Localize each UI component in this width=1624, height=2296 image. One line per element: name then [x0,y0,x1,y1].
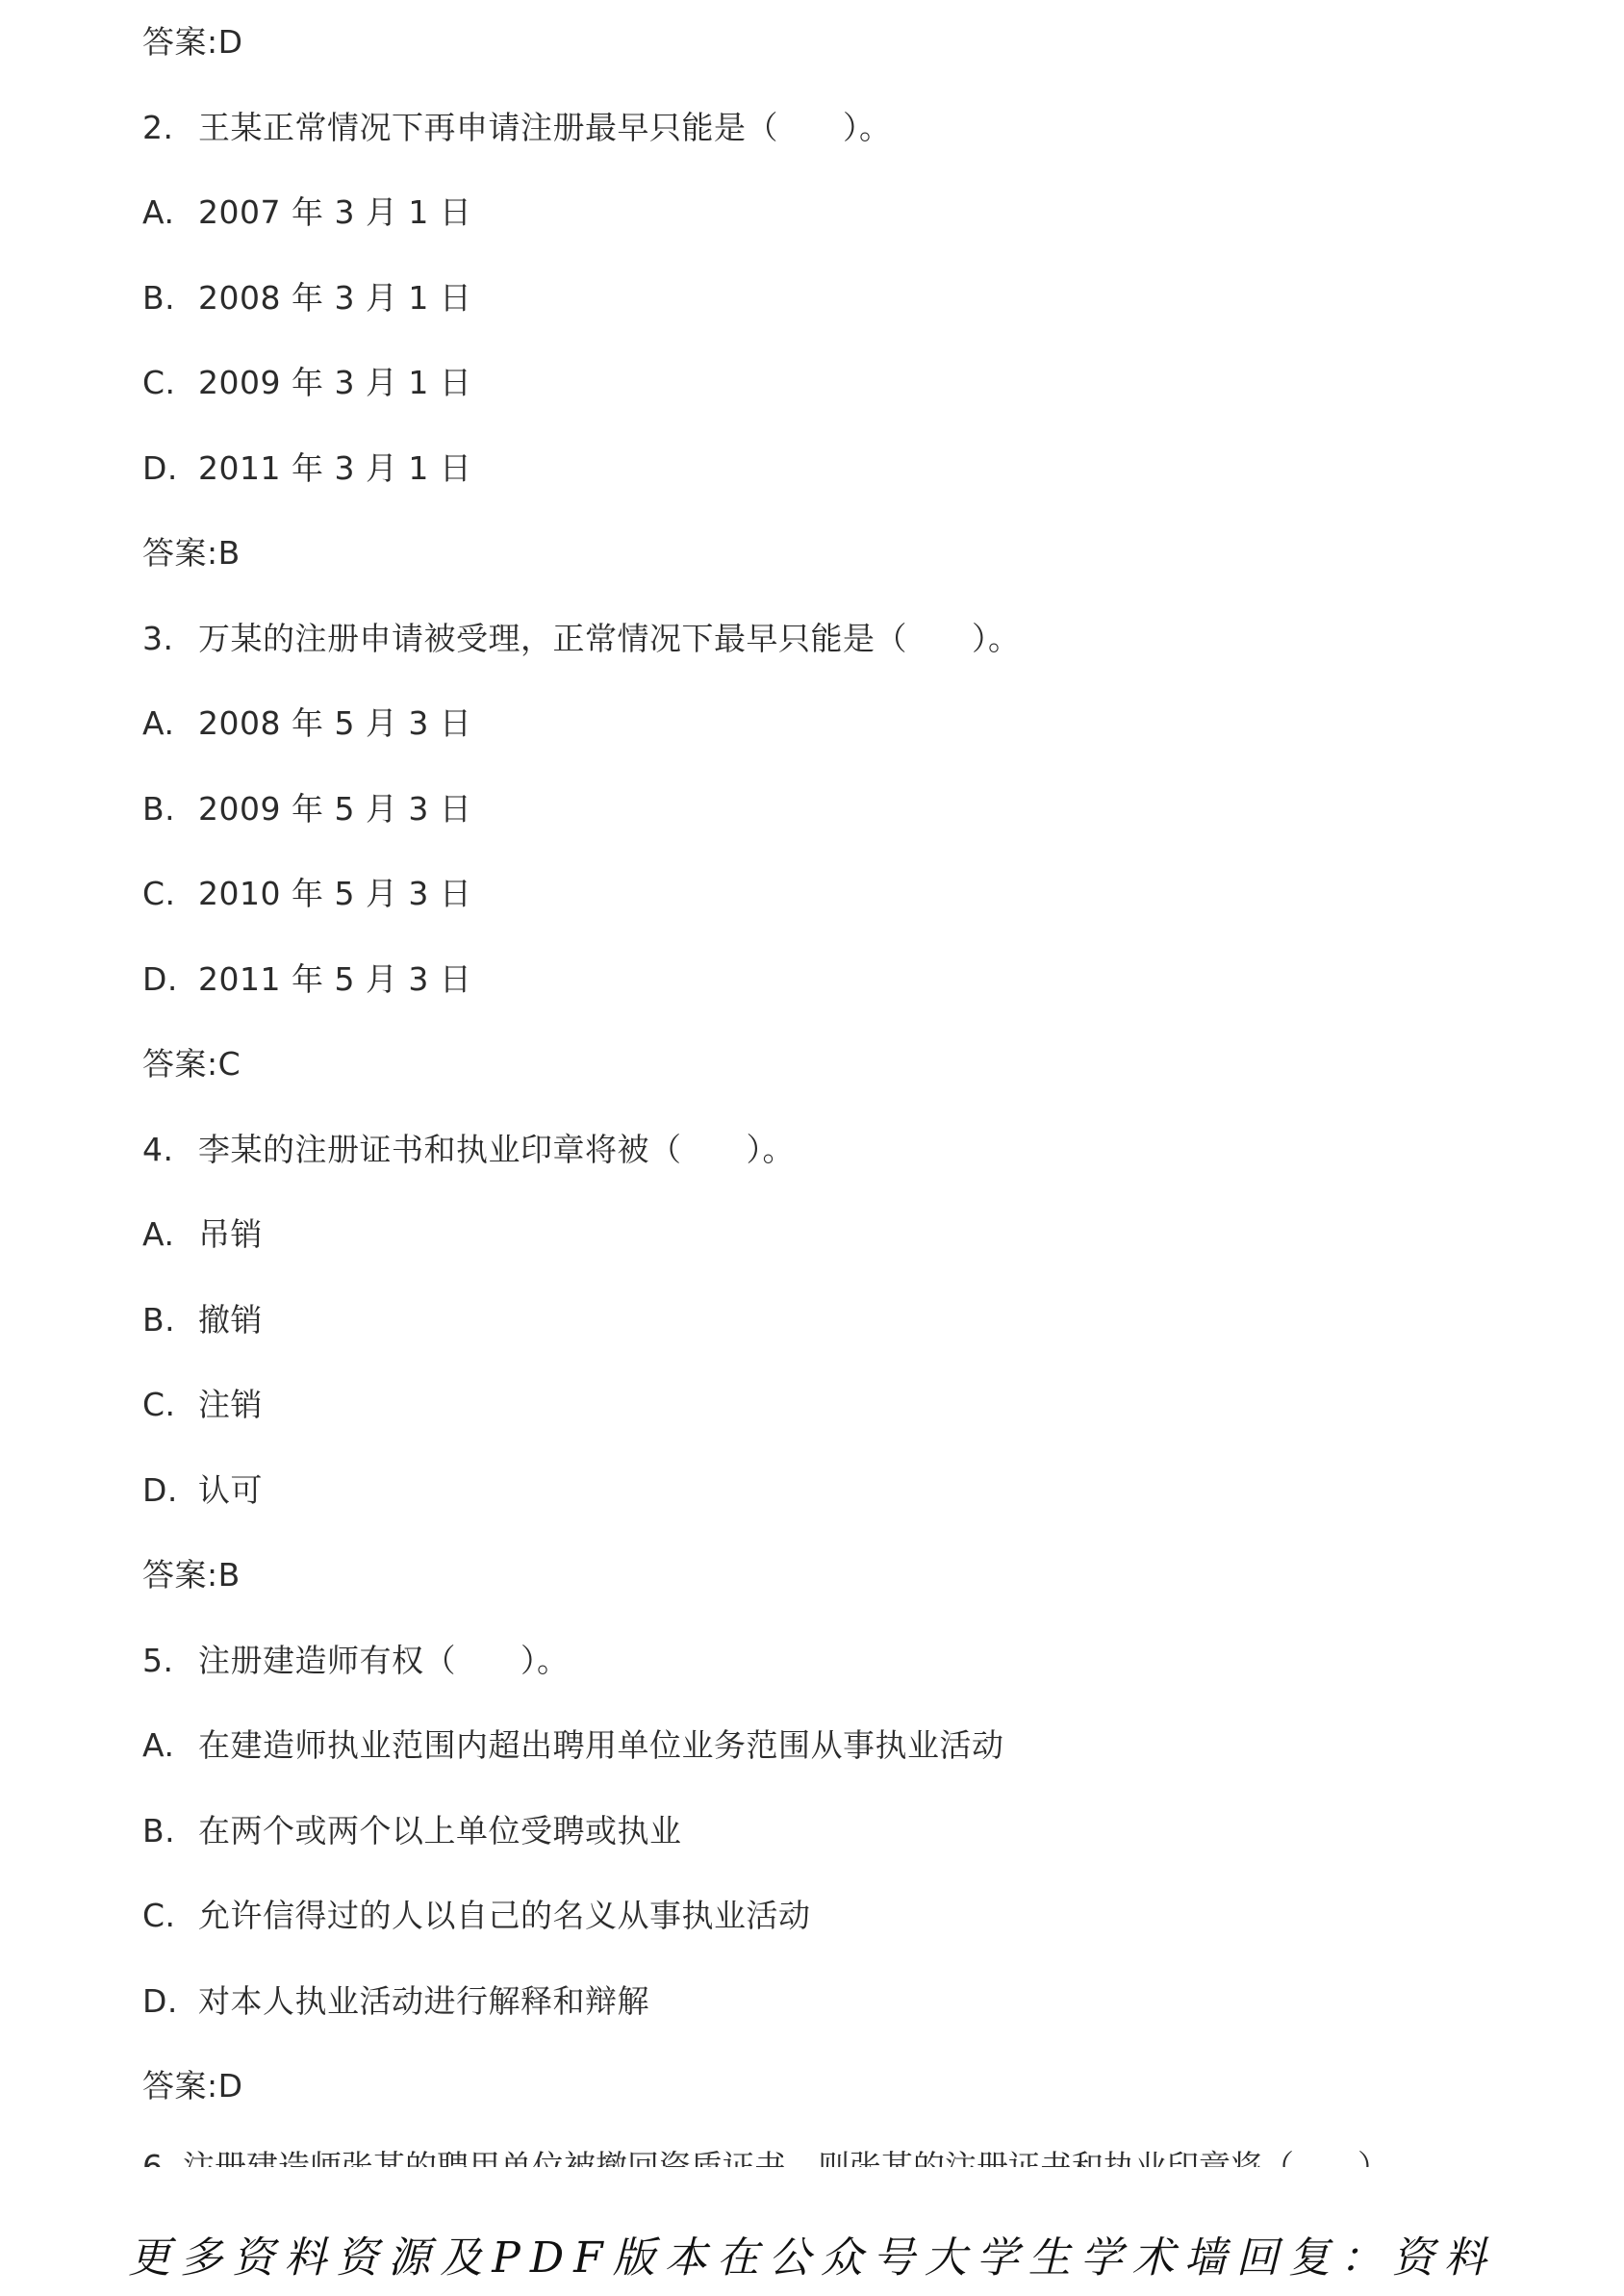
option-line: B.2008 年 3 月 1 日 [142,256,1528,342]
option-text: 在两个或两个以上单位受聘或执业 [198,1812,682,1850]
answer-value: B [218,1556,241,1594]
option-label: B. [142,1789,198,1875]
answer-line: 答案:D [142,0,1528,86]
question-number: 4. [142,1108,198,1193]
question-line: 5.注册建造师有权（ ）。 [142,1619,1528,1704]
option-line: C.允许信得过的人以自己的名义从事执业活动 [142,1874,1528,1959]
question-line: 4.李某的注册证书和执业印章将被（ ）。 [142,1108,1528,1193]
question-line: 3.万某的注册申请被受理，正常情况下最早只能是（ ）。 [142,597,1528,682]
option-line: A.2008 年 5 月 3 日 [142,681,1528,767]
answer-line: 答案:D [142,2044,1528,2130]
option-line: B.撤销 [142,1278,1528,1364]
option-line: D.认可 [142,1448,1528,1534]
option-label: A. [142,1192,198,1278]
option-text: 2011 年 3 月 1 日 [198,449,471,487]
option-line: B.2009 年 5 月 3 日 [142,767,1528,853]
option-line: D.2011 年 3 月 1 日 [142,426,1528,512]
answer-label: 答案: [142,1045,218,1083]
option-label: A. [142,170,198,256]
document-page: 答案:D 2.王某正常情况下再申请注册最早只能是（ ）。 A.2007 年 3 … [0,0,1624,2296]
answer-line: 答案:B [142,1533,1528,1619]
question-text: 注册建造师有权（ ）。 [198,1642,570,1679]
option-line: B.在两个或两个以上单位受聘或执业 [142,1789,1528,1875]
option-text: 2009 年 5 月 3 日 [198,790,471,828]
option-label: B. [142,256,198,342]
question-line: 2.王某正常情况下再申请注册最早只能是（ ）。 [142,86,1528,171]
answer-value: C [218,1045,241,1083]
option-line: C.2009 年 3 月 1 日 [142,341,1528,426]
option-text: 吊销 [198,1215,263,1253]
answer-value: D [218,23,243,61]
option-label: B. [142,767,198,853]
question-number: 3. [142,597,198,682]
answer-label: 答案: [142,2067,218,2105]
cut-off-question-line: 6. 注册建造师张某的聘用单位被撤回资质证书，则张某的注册证书和执业印章将（ ） [142,2148,1393,2167]
option-line: A.2007 年 3 月 1 日 [142,170,1528,256]
option-text: 2008 年 5 月 3 日 [198,704,471,742]
answer-label: 答案: [142,1556,218,1594]
option-label: D. [142,426,198,512]
answer-value: B [218,534,241,572]
option-text: 认可 [198,1471,263,1509]
option-line: A.在建造师执业范围内超出聘用单位业务范围从事执业活动 [142,1703,1528,1789]
answer-label: 答案: [142,23,218,61]
option-text: 注销 [198,1386,263,1423]
answer-label: 答案: [142,534,218,572]
option-label: D. [142,1448,198,1534]
option-text: 允许信得过的人以自己的名义从事执业活动 [198,1897,811,1934]
option-line: D.2011 年 5 月 3 日 [142,937,1528,1023]
option-label: D. [142,1959,198,2045]
option-text: 在建造师执业范围内超出聘用单位业务范围从事执业活动 [198,1726,1004,1764]
answer-line: 答案:C [142,1022,1528,1108]
option-text: 对本人执业活动进行解释和辩解 [198,1982,649,2020]
option-text: 2008 年 3 月 1 日 [198,279,471,317]
answer-value: D [218,2067,243,2105]
option-text: 撤销 [198,1301,263,1339]
question-text: 李某的注册证书和执业印章将被（ ）。 [198,1131,795,1168]
option-text: 2009 年 3 月 1 日 [198,364,471,401]
answer-line: 答案:B [142,511,1528,597]
option-label: C. [142,1874,198,1959]
option-label: A. [142,1703,198,1789]
option-text: 2010 年 5 月 3 日 [198,875,471,912]
footer-promo-text: 更多资料资源及PDF版本在公众号大学生学术墙回复：资料 [0,2223,1624,2284]
option-text: 2007 年 3 月 1 日 [198,193,471,231]
option-line: D.对本人执业活动进行解释和辩解 [142,1959,1528,2045]
document-content: 答案:D 2.王某正常情况下再申请注册最早只能是（ ）。 A.2007 年 3 … [142,0,1528,2130]
option-line: C.2010 年 5 月 3 日 [142,852,1528,937]
option-label: D. [142,937,198,1023]
option-line: C.注销 [142,1363,1528,1448]
option-line: A.吊销 [142,1192,1528,1278]
option-label: C. [142,1363,198,1448]
question-text: 万某的注册申请被受理，正常情况下最早只能是（ ）。 [198,620,1021,657]
option-text: 2011 年 5 月 3 日 [198,960,471,998]
option-label: B. [142,1278,198,1364]
option-label: C. [142,852,198,937]
option-label: A. [142,681,198,767]
question-number: 5. [142,1619,198,1704]
question-text: 王某正常情况下再申请注册最早只能是（ ）。 [198,109,892,146]
question-number: 2. [142,86,198,171]
option-label: C. [142,341,198,426]
